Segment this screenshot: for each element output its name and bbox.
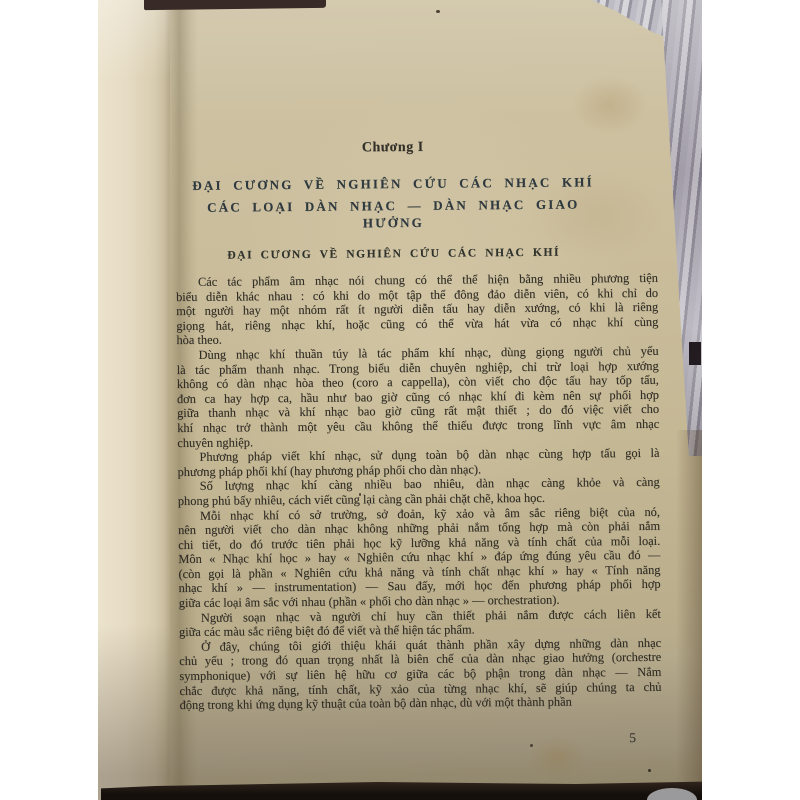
page-right-edge-shadow <box>676 430 702 786</box>
chapter-heading: Chương I <box>175 138 611 158</box>
chapter-title-line1: ĐẠI CƯƠNG VỀ NGHIÊN CỨU CÁC NHẠC KHÍ <box>175 173 611 194</box>
section-heading: ĐẠI CƯƠNG VỀ NGHIÊN CỨU CÁC NHẠC KHÍ <box>176 246 612 262</box>
text-line: động trong khi ứng dụng kỹ thuật của toà… <box>180 694 662 713</box>
book-page-photo: Chương I ĐẠI CƯƠNG VỀ NGHIÊN CỨU CÁC NHẠ… <box>98 0 702 800</box>
page-text: Chương I ĐẠI CƯƠNG VỀ NGHIÊN CỨU CÁC NHẠ… <box>175 138 662 750</box>
foxing-speck <box>436 10 440 13</box>
page-number: 5 <box>180 730 662 750</box>
facing-page-gutter <box>98 0 170 800</box>
book-top-edge <box>144 0 326 10</box>
foxing-speck <box>530 744 533 747</box>
chapter-title-line2: CÁC LOẠI DÀN NHẠC — DÀN NHẠC GIAO HƯỞNG <box>175 195 611 233</box>
fore-edge-page-block <box>655 0 702 456</box>
body-text: Các tác phẩm âm nhạc nói chung có thể th… <box>176 271 662 713</box>
fore-edge-dark-patch <box>689 342 701 365</box>
foxing-speck <box>648 769 651 772</box>
heading-group: Chương I ĐẠI CƯƠNG VỀ NGHIÊN CỨU CÁC NHẠ… <box>175 138 612 262</box>
foxing-speck <box>359 493 361 496</box>
